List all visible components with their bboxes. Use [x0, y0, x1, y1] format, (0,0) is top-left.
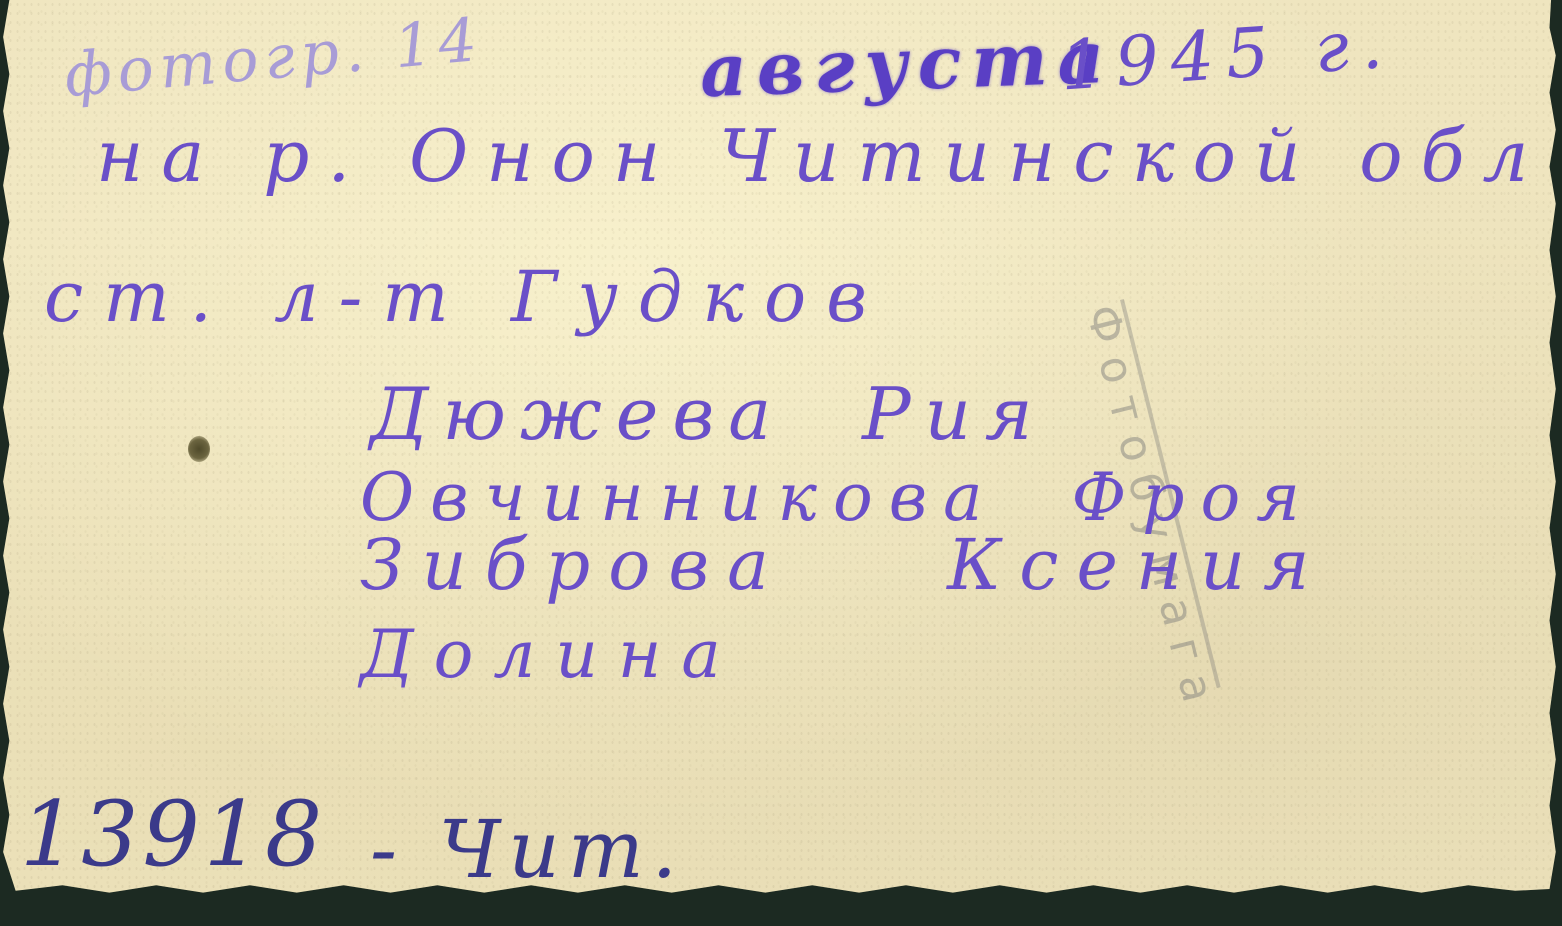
archive-note: - Чит. [370, 810, 685, 890]
surname: Зиброва [360, 524, 787, 606]
stain-spot [188, 436, 210, 462]
name-row-2: Овчинникова Фроя [360, 465, 1316, 531]
name-row-1: Дюжева Рия [370, 378, 1047, 450]
surname: Долина [360, 616, 741, 693]
date-month: августа [699, 21, 1115, 107]
officer-text: ст. л-т Гудков [44, 262, 887, 332]
first-name: Ксения [947, 524, 1327, 606]
name-row-4: Долина [360, 622, 741, 688]
location-text: на р. Онон Читинской обл. [96, 120, 1562, 192]
first-name: Рия [862, 372, 1047, 456]
photo-card-back: Фотобумага фотогр. 14 августа 1945 г. на… [0, 0, 1562, 926]
archive-number: 13918 [20, 790, 326, 880]
name-row-3: Зиброва Ксения [360, 530, 1327, 600]
surname: Дюжева [370, 372, 785, 456]
